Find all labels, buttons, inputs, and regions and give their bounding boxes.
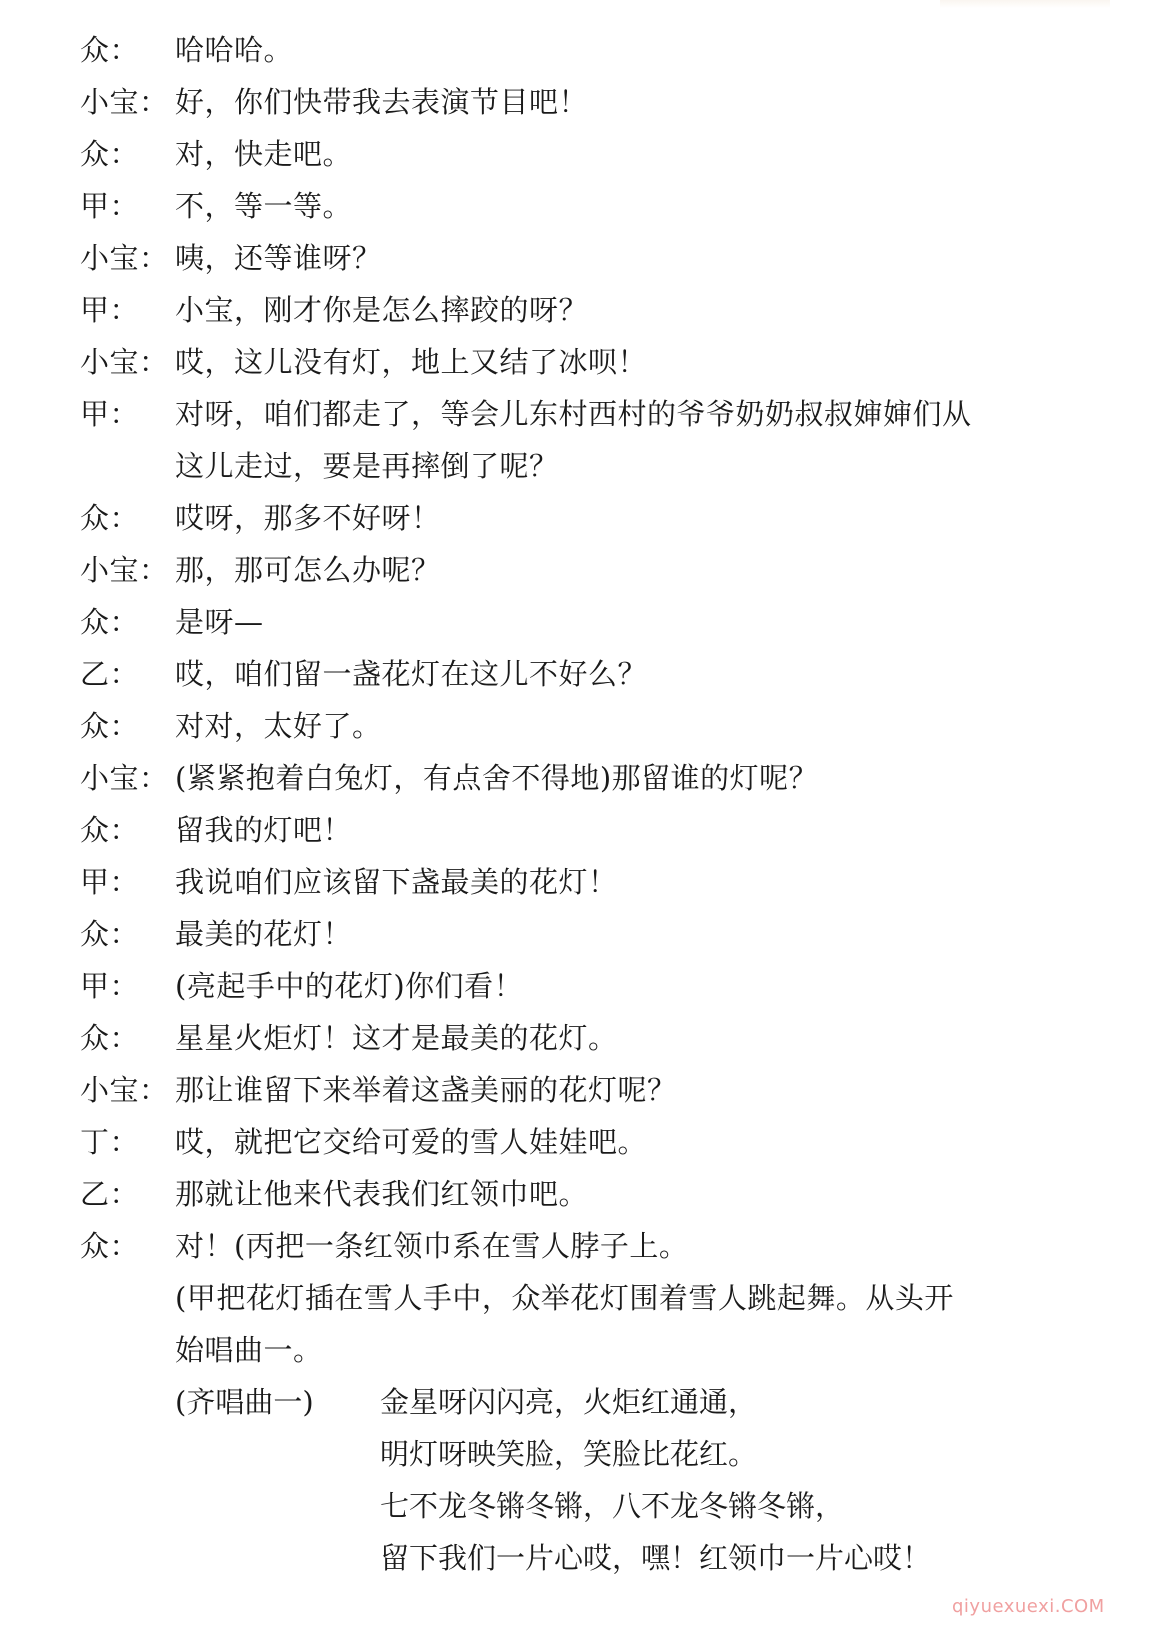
speaker-label: 甲： (80, 966, 139, 1006)
speaker-label: 小宝： (80, 342, 169, 382)
speech-text: 最美的花灯！ (175, 914, 352, 954)
speech-text: 星星火炬灯！这才是最美的花灯。 (175, 1018, 618, 1058)
speech-text: 咦，还等谁呀？ (175, 238, 382, 278)
speech-text: 那就让他来代表我们红领巾吧。 (175, 1174, 588, 1214)
speaker-label: 众： (80, 914, 139, 954)
speaker-label: 甲： (80, 394, 139, 434)
speech-text: 始唱曲一。 (175, 1330, 323, 1370)
speaker-label: 乙： (80, 1174, 139, 1214)
speaker-label: 小宝： (80, 82, 169, 122)
speech-text: 是呀— (175, 602, 264, 642)
speaker-label: 乙： (80, 654, 139, 694)
speaker-label: 众： (80, 810, 139, 850)
speech-text: (亮起手中的花灯)你们看！ (175, 966, 523, 1006)
speaker-label: 众： (80, 602, 139, 642)
speaker-label: 小宝： (80, 550, 169, 590)
speaker-label: 甲： (80, 186, 139, 226)
speech-text: 哎，咱们留一盏花灯在这儿不好么？ (175, 654, 647, 694)
speech-text: 小宝，刚才你是怎么摔跤的呀？ (175, 290, 588, 330)
speaker-label: 众： (80, 1018, 139, 1058)
song-lyric-line: 明灯呀映笑脸，笑脸比花红。 (380, 1434, 757, 1474)
speech-text: 那让谁留下来举着这盏美丽的花灯呢？ (175, 1070, 677, 1110)
script-page: 众： 哈哈哈。 小宝： 好，你们快带我去表演节目吧！ 众： 对，快走吧。 甲： … (0, 0, 1160, 1652)
speech-text: 对，快走吧。 (175, 134, 352, 174)
speech-text: 哎，就把它交给可爱的雪人娃娃吧。 (175, 1122, 647, 1162)
speaker-label: 甲： (80, 290, 139, 330)
speaker-label: 众： (80, 30, 139, 70)
speech-text: 对！(丙把一条红领巾系在雪人脖子上。 (175, 1226, 688, 1266)
speaker-label: 丁： (80, 1122, 139, 1162)
speaker-label: 小宝： (80, 1070, 169, 1110)
song-lyric-line: 留下我们一片心哎，嘿！红领巾一片心哎！ (380, 1538, 931, 1578)
speaker-label: 小宝： (80, 238, 169, 278)
speech-text: 留我的灯吧！ (175, 810, 352, 850)
speaker-label: 众： (80, 706, 139, 746)
scan-smudge (940, 0, 1110, 8)
speech-text: 哎呀，那多不好呀！ (175, 498, 441, 538)
speech-text: (甲把花灯插在雪人手中，众举花灯围着雪人跳起舞。从头开 (175, 1278, 954, 1318)
song-lyric-line: 七不龙冬锵冬锵，八不龙冬锵冬锵， (380, 1486, 844, 1526)
watermark: qiyuexuexi.COM (952, 1596, 1105, 1617)
speech-text: 对呀，咱们都走了，等会儿东村西村的爷爷奶奶叔叔婶婶们从 (175, 394, 972, 434)
speaker-label: 小宝： (80, 758, 169, 798)
speech-text: 这儿走过，要是再摔倒了呢？ (175, 446, 559, 486)
speech-text: 我说咱们应该留下盏最美的花灯！ (175, 862, 618, 902)
speaker-label: 甲： (80, 862, 139, 902)
speech-text: 那，那可怎么办呢？ (175, 550, 441, 590)
speech-text: 哈哈哈。 (175, 30, 293, 70)
speaker-label: 众： (80, 1226, 139, 1266)
speech-text: 不，等一等。 (175, 186, 352, 226)
song-label: (齐唱曲一) (175, 1382, 314, 1422)
speech-text: 好，你们快带我去表演节目吧！ (175, 82, 588, 122)
speaker-label: 众： (80, 134, 139, 174)
speech-text: 对对，太好了。 (175, 706, 382, 746)
speech-text: (紧紧抱着白兔灯，有点舍不得地)那留谁的灯呢？ (175, 758, 818, 798)
speaker-label: 众： (80, 498, 139, 538)
song-lyric-line: 金星呀闪闪亮，火炬红通通， (380, 1382, 757, 1422)
speech-text: 哎，这儿没有灯，地上又结了冰呗！ (175, 342, 647, 382)
